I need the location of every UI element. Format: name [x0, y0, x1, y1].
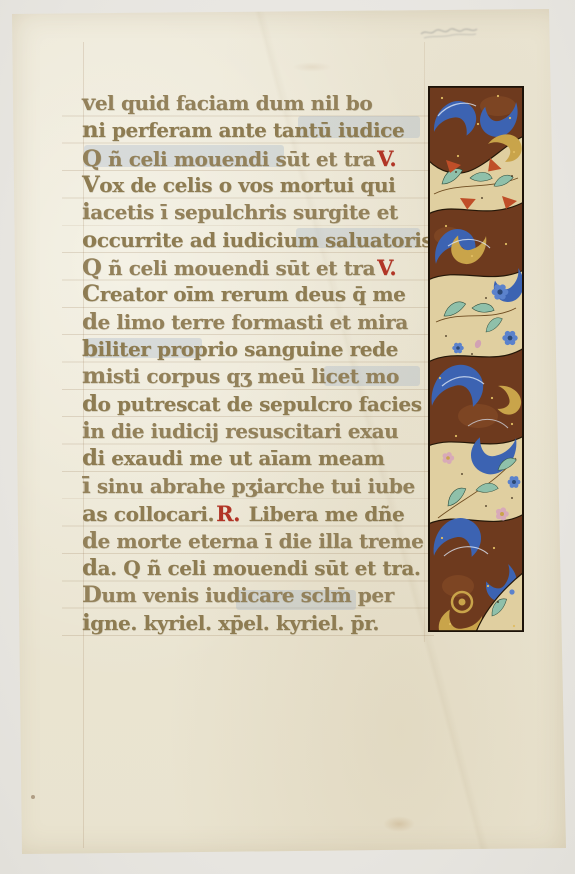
text-line: de morte eterna ī die illa treme — [82, 528, 428, 555]
line-text: biliter proprio sanguine rede — [82, 337, 398, 361]
pencil-inscription — [418, 22, 480, 42]
line-text: vel quid faciam dum nil bo — [82, 91, 372, 115]
text-line: vel quid faciam dum nil bo — [82, 90, 428, 117]
offset-smudge — [292, 62, 332, 72]
wormhole-speck — [31, 795, 35, 799]
line-text: Q ñ celi mouendi sūt et tra — [82, 256, 375, 280]
line-text: occurrite ad iudicium saluatoris — [82, 228, 432, 252]
line-text: Dum venis iudicare sclm̄ per — [82, 583, 394, 607]
text-line: ī sinu abrahe pʒiarche tui iube — [82, 473, 428, 500]
text-line: da. Q ñ celi mouendi sūt et tra. — [82, 555, 428, 582]
text-line: do putrescat de sepulcro facies — [82, 391, 428, 418]
text-line: occurrite ad iudicium saluatoris — [82, 227, 428, 254]
text-line: ni perferam ante tantū iudice — [82, 117, 428, 144]
text-line: Q ñ celi mouendi sūt et traV. — [82, 145, 428, 172]
rubric-mark: V. — [375, 255, 398, 280]
line-text: Q ñ celi mouendi sūt et tra — [82, 147, 375, 171]
text-line: in die iudicij resuscitari exau — [82, 418, 428, 445]
line-text: Vox de celis o vos mortui qui — [82, 173, 395, 197]
line-text: Libera me dñe — [242, 502, 404, 526]
text-line: biliter proprio sanguine rede — [82, 336, 428, 363]
text-block: vel quid faciam dum nil boni perferam an… — [82, 90, 428, 637]
text-line: Creator oīm rerum deus q̄ me — [82, 281, 428, 308]
rubric-mark: R. — [214, 501, 242, 526]
line-text: misti corpus qʒ meū licet mo — [82, 364, 399, 388]
rubric-mark: V. — [375, 146, 398, 171]
photograph-stage: vel quid faciam dum nil boni perferam an… — [0, 0, 575, 874]
text-line: de limo terre formasti et mira — [82, 309, 428, 336]
stain — [383, 816, 415, 832]
text-line: Dum venis iudicare sclm̄ per — [82, 582, 428, 609]
line-text: ī sinu abrahe pʒiarche tui iube — [82, 474, 415, 498]
line-text: Creator oīm rerum deus q̄ me — [82, 282, 405, 306]
text-line: igne. kyriel. xp̄el. kyriel. p̄r. — [82, 610, 428, 637]
text-line: di exaudi me ut aīam meam — [82, 445, 428, 472]
line-text: as collocari. — [82, 502, 214, 526]
line-text: ni perferam ante tantū iudice — [82, 118, 404, 142]
illuminated-border — [428, 86, 524, 632]
line-text: di exaudi me ut aīam meam — [82, 446, 384, 470]
text-line: Vox de celis o vos mortui qui — [82, 172, 428, 199]
line-text: iacetis ī sepulchris surgite et — [82, 200, 398, 224]
text-line: iacetis ī sepulchris surgite et — [82, 199, 428, 226]
line-text: in die iudicij resuscitari exau — [82, 419, 398, 443]
text-line: Q ñ celi mouendi sūt et traV. — [82, 254, 428, 281]
line-text: da. Q ñ celi mouendi sūt et tra. — [82, 556, 420, 580]
text-line: misti corpus qʒ meū licet mo — [82, 363, 428, 390]
line-text: igne. kyriel. xp̄el. kyriel. p̄r. — [82, 611, 379, 635]
line-text: do putrescat de sepulcro facies — [82, 392, 422, 416]
text-line: as collocari.R. Libera me dñe — [82, 500, 428, 527]
line-text: de limo terre formasti et mira — [82, 310, 408, 334]
line-text: de morte eterna ī die illa treme — [82, 529, 423, 553]
